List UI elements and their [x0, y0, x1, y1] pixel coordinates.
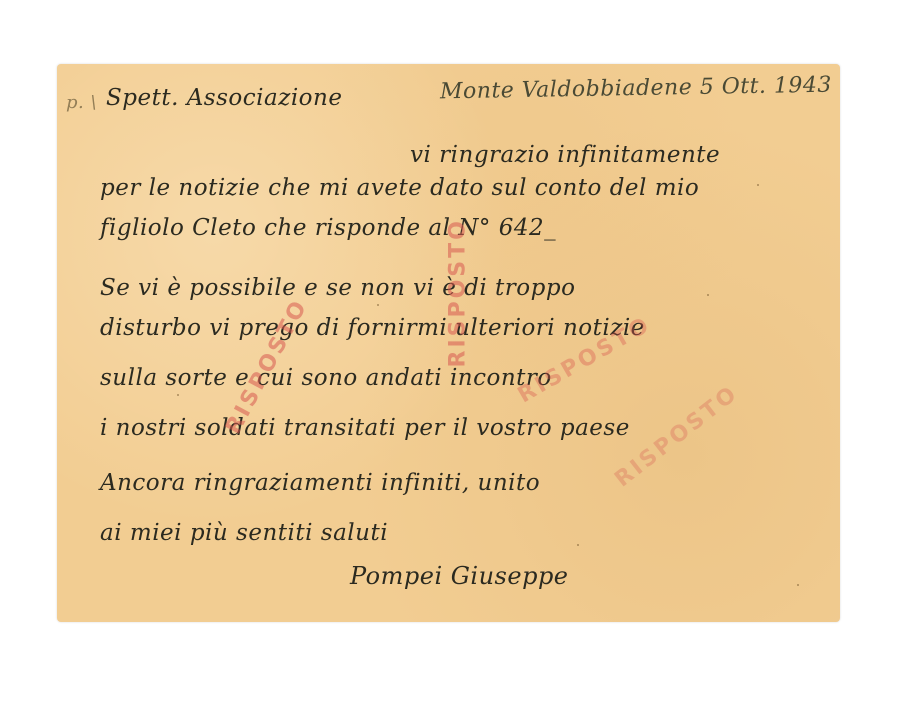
margin-mark: p. \ — [66, 92, 97, 113]
body-line: sulla sorte e cui sono andati incontro — [100, 365, 552, 391]
salutation: Spett. Associazione — [106, 85, 342, 111]
signature: Pompei Giuseppe — [350, 562, 569, 590]
paper-speck — [757, 184, 759, 186]
body-line: ai miei più sentiti saluti — [100, 520, 388, 546]
body-line: Ancora ringraziamenti infiniti, unito — [100, 470, 540, 496]
paper-speck — [377, 304, 379, 306]
body-line: vi ringrazio infinitamente — [410, 142, 720, 168]
body-line: figliolo Cleto che risponde al N° 642_ — [100, 215, 556, 241]
paper-speck — [797, 584, 799, 586]
paper-speck — [177, 394, 179, 396]
body-line: Se vi è possibile e se non vi è di tropp… — [100, 275, 575, 301]
body-line: disturbo vi prego di fornirmi ulteriori … — [100, 315, 645, 341]
body-line: per le notizie che mi avete dato sul con… — [100, 175, 699, 201]
risposto-stamp: RISPOSTO — [446, 218, 471, 367]
body-line: i nostri soldati transitati per il vostr… — [100, 415, 630, 441]
paper-speck — [577, 544, 579, 546]
paper-speck — [707, 294, 709, 296]
